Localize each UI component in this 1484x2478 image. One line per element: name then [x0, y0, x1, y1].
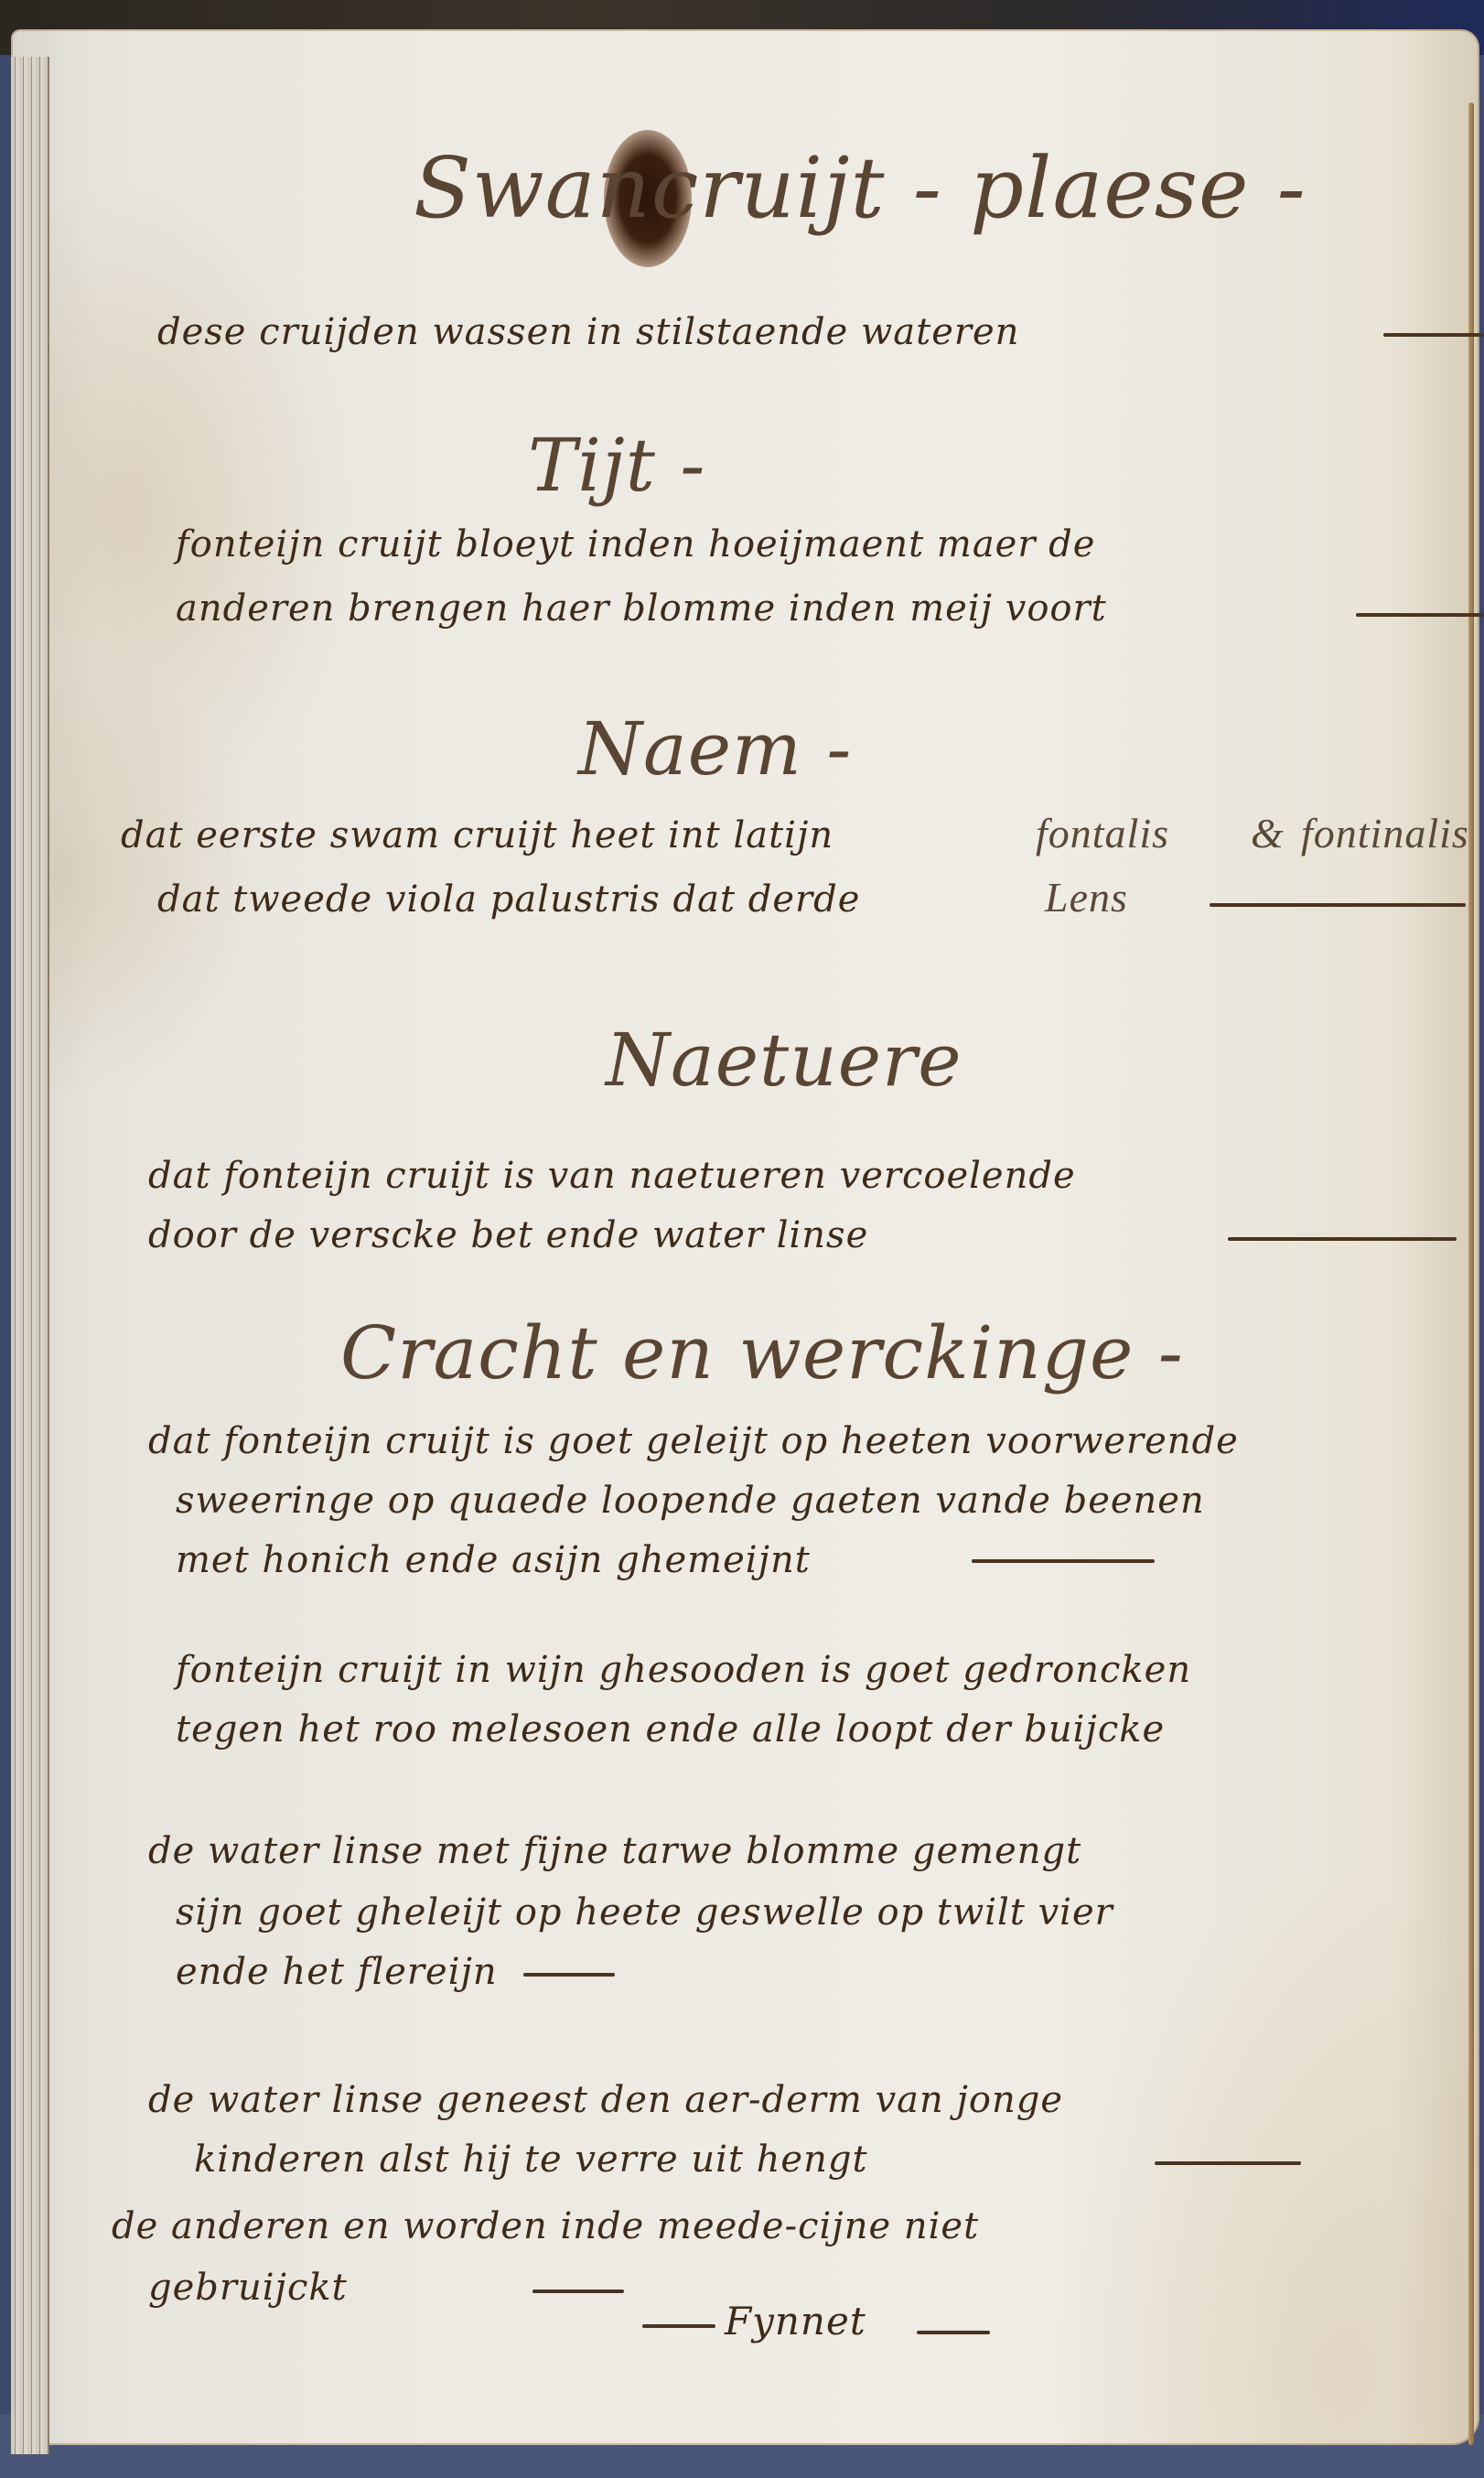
text-line: fonteijn cruijt in wijn ghesooden is goe… [176, 1649, 1191, 1691]
closing-word: Fynnet [725, 2299, 866, 2343]
text-line: kinderen alst hij te verre uit hengt [194, 2139, 868, 2181]
text-line: door de verscke bet ende water linse [148, 1214, 868, 1256]
latin-term: & [1251, 809, 1285, 857]
text-line: fonteijn cruijt bloeyt inden hoeijmaent … [176, 523, 1095, 566]
text-line: de water linse geneest den aer-derm van … [148, 2079, 1063, 2121]
section-heading-naetuere: Naetuere [606, 1018, 962, 1103]
line-dash [972, 1559, 1155, 1563]
manuscript-page: Swancruijt - plaese - dese cruijden wass… [11, 29, 1479, 2445]
line-dash [523, 1973, 615, 1977]
text-line: dat fonteijn cruijt is van naetueren ver… [148, 1155, 1076, 1197]
text-line: sweeringe op quaede loopende gaeten vand… [176, 1480, 1205, 1522]
text-line: sijn goet gheleijt op heete geswelle op … [176, 1891, 1113, 1934]
section-heading-cracht: Cracht en werckinge - [340, 1310, 1184, 1395]
section-heading-tijt: Tijt - [528, 423, 705, 508]
line-dash [532, 2289, 624, 2293]
line-dash [1210, 903, 1466, 907]
page-title: Swancruijt - plaese - [414, 139, 1307, 237]
text-line: de anderen en worden inde meede-cijne ni… [112, 2205, 979, 2247]
page-right-edge [1468, 102, 1474, 2445]
page-stack-edges [11, 57, 49, 2454]
line-dash [1228, 1237, 1457, 1241]
text-line: anderen brengen haer blomme inden meij v… [176, 587, 1107, 630]
text-line: de water linse met fijne tarwe blomme ge… [148, 1830, 1081, 1872]
text-line: gebruijckt [148, 2267, 348, 2309]
line-dash [1356, 613, 1484, 617]
line-dash [642, 2324, 715, 2328]
text-line: tegen het roo melesoen ende alle loopt d… [176, 1708, 1165, 1751]
section-heading-naem: Naem - [578, 706, 852, 792]
text-line: ende het flereijn [176, 1951, 498, 1993]
latin-term: Lens [1045, 873, 1128, 921]
latin-term: fontinalis [1301, 809, 1469, 857]
line-dash [1383, 333, 1484, 337]
text-line: met honich ende asijn ghemeijnt [176, 1539, 811, 1581]
text-line: dese cruijden wassen in stilstaende wate… [157, 311, 1019, 353]
text-line: dat tweede viola palustris dat derde [157, 878, 860, 921]
line-dash [1155, 2161, 1301, 2165]
line-dash [917, 2331, 990, 2334]
text-line: dat eerste swam cruijt heet int latijn [121, 814, 833, 857]
latin-term: fontalis [1036, 809, 1169, 857]
text-line: dat fonteijn cruijt is goet geleijt op h… [148, 1420, 1239, 1462]
